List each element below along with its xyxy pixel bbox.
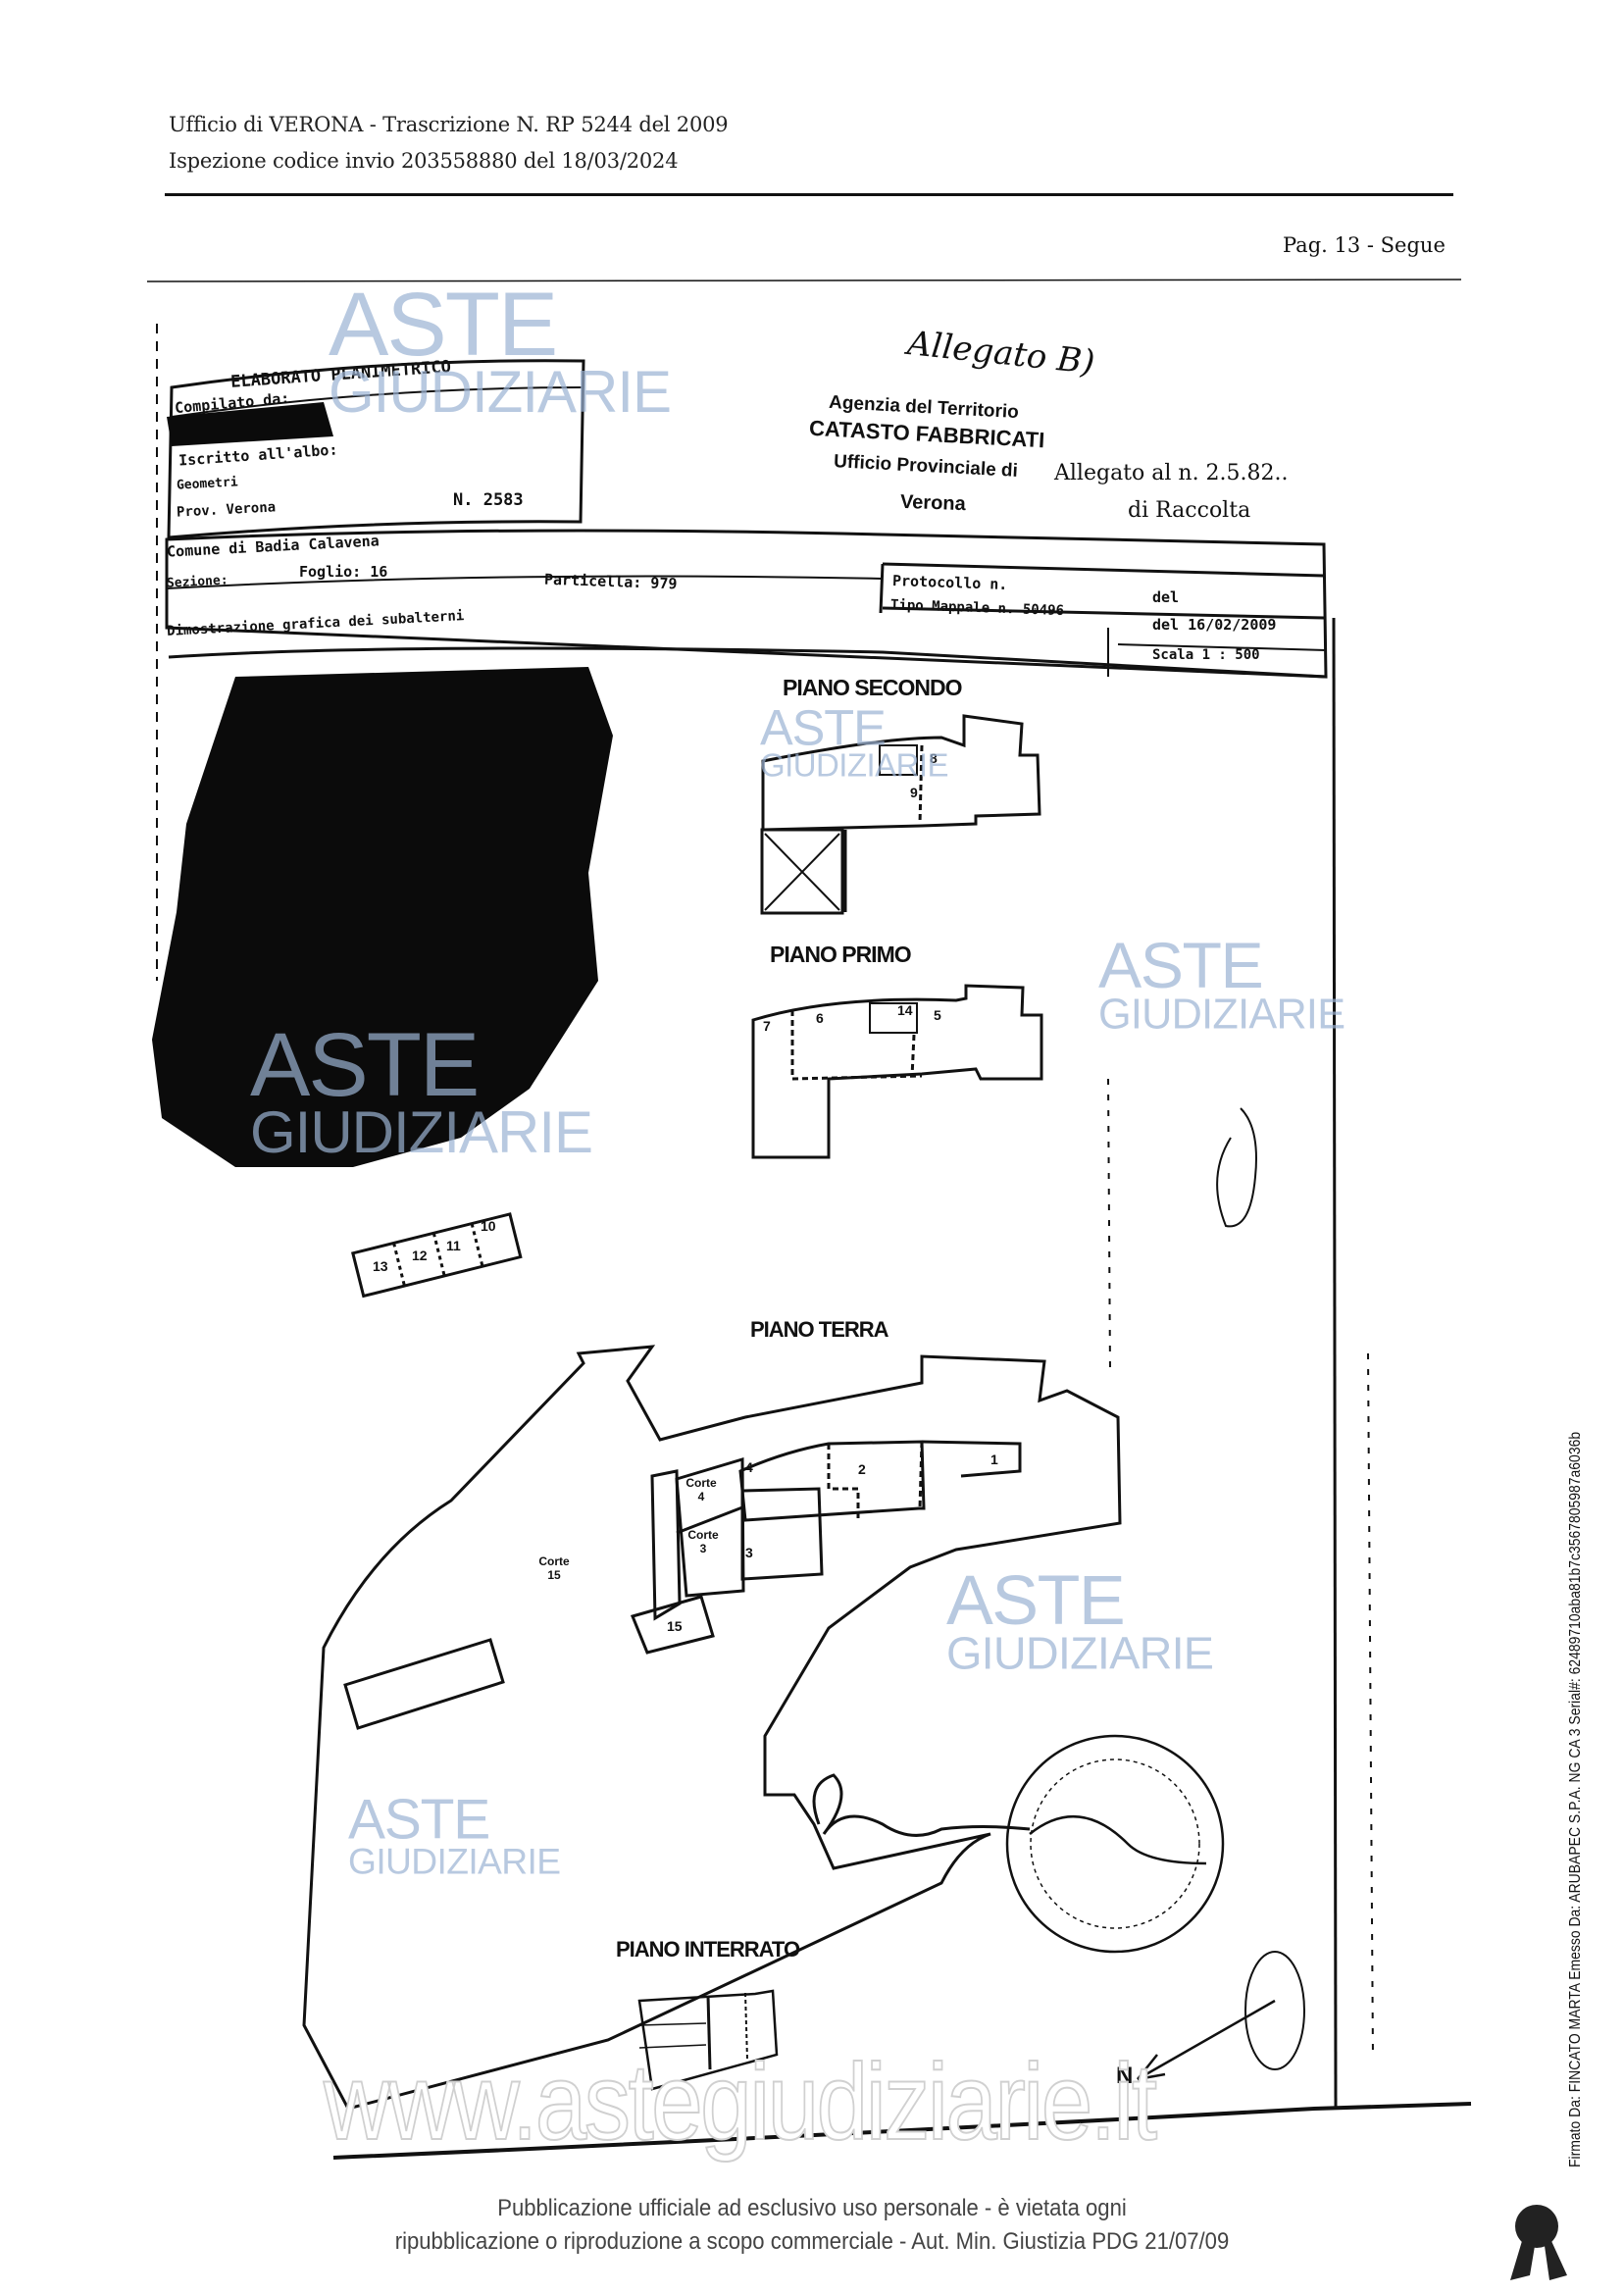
sub-9: 9 — [910, 785, 918, 800]
corte-3: Corte 3 — [684, 1528, 723, 1555]
corte-15: Corte 15 — [534, 1554, 574, 1582]
label-piano-terra: PIANO TERRA — [750, 1317, 888, 1343]
watermark-aste-2: ASTEGIUDIZIARIE — [760, 706, 948, 780]
watermark-aste-5: ASTEGIUDIZIARIE — [946, 1569, 1213, 1674]
cadastral-drawing — [0, 0, 1624, 2293]
terra-sub-15: 15 — [667, 1618, 683, 1634]
footer-line-1: Pubblicazione ufficiale ad esclusivo uso… — [65, 2195, 1559, 2222]
terra-sub-4: 4 — [745, 1459, 753, 1475]
watermark-aste-3: ASTEGIUDIZIARIE — [1098, 937, 1345, 1033]
watermark-aste-4: ASTEGIUDIZIARIE — [250, 1025, 592, 1159]
label-piano-secondo: PIANO SECONDO — [783, 675, 962, 701]
seal-ribbon-icon — [1515, 2205, 1558, 2264]
raccolta-label: di Raccolta — [1128, 498, 1250, 523]
scale-label: Scala 1 : 500 — [1152, 647, 1260, 663]
corte-4: Corte 4 — [682, 1476, 721, 1503]
terra-sub-3: 3 — [745, 1545, 753, 1560]
watermark-aste-6: ASTEGIUDIZIARIE — [348, 1795, 560, 1878]
garage-10: 10 — [481, 1218, 496, 1234]
sub-5: 5 — [934, 1007, 941, 1023]
sub-7: 7 — [763, 1018, 771, 1034]
allegato-number: Allegato al n. 2.5.82.. — [1054, 461, 1289, 485]
office-city: Verona — [900, 491, 966, 516]
tipo-mappale-date: del 16/02/2009 — [1152, 616, 1276, 634]
label-piano-primo: PIANO PRIMO — [770, 942, 911, 968]
sub-14: 14 — [897, 1002, 913, 1018]
protocollo-del: del — [1152, 588, 1179, 606]
garage-13: 13 — [373, 1258, 388, 1274]
terra-sub-2: 2 — [858, 1461, 866, 1477]
footer-line-2: ripubblicazione o riproduzione a scopo c… — [65, 2228, 1559, 2256]
sub-6: 6 — [816, 1010, 824, 1026]
terra-sub-1: 1 — [990, 1452, 998, 1467]
watermark-aste-1: ASTEGIUDIZIARIE — [329, 284, 671, 419]
foglio-value: Foglio: 16 — [299, 563, 387, 581]
watermark-url: www.astegiudiziarie.it — [324, 2040, 1155, 2165]
albo-number: N. 2583 — [453, 490, 524, 510]
garage-12: 12 — [412, 1248, 428, 1263]
digital-signature-strip: Firmato Da: FINCATO MARTA Emesso Da: ARU… — [1567, 1432, 1585, 2167]
garage-11: 11 — [446, 1238, 461, 1253]
label-piano-interrato: PIANO INTERRATO — [616, 1937, 799, 1962]
